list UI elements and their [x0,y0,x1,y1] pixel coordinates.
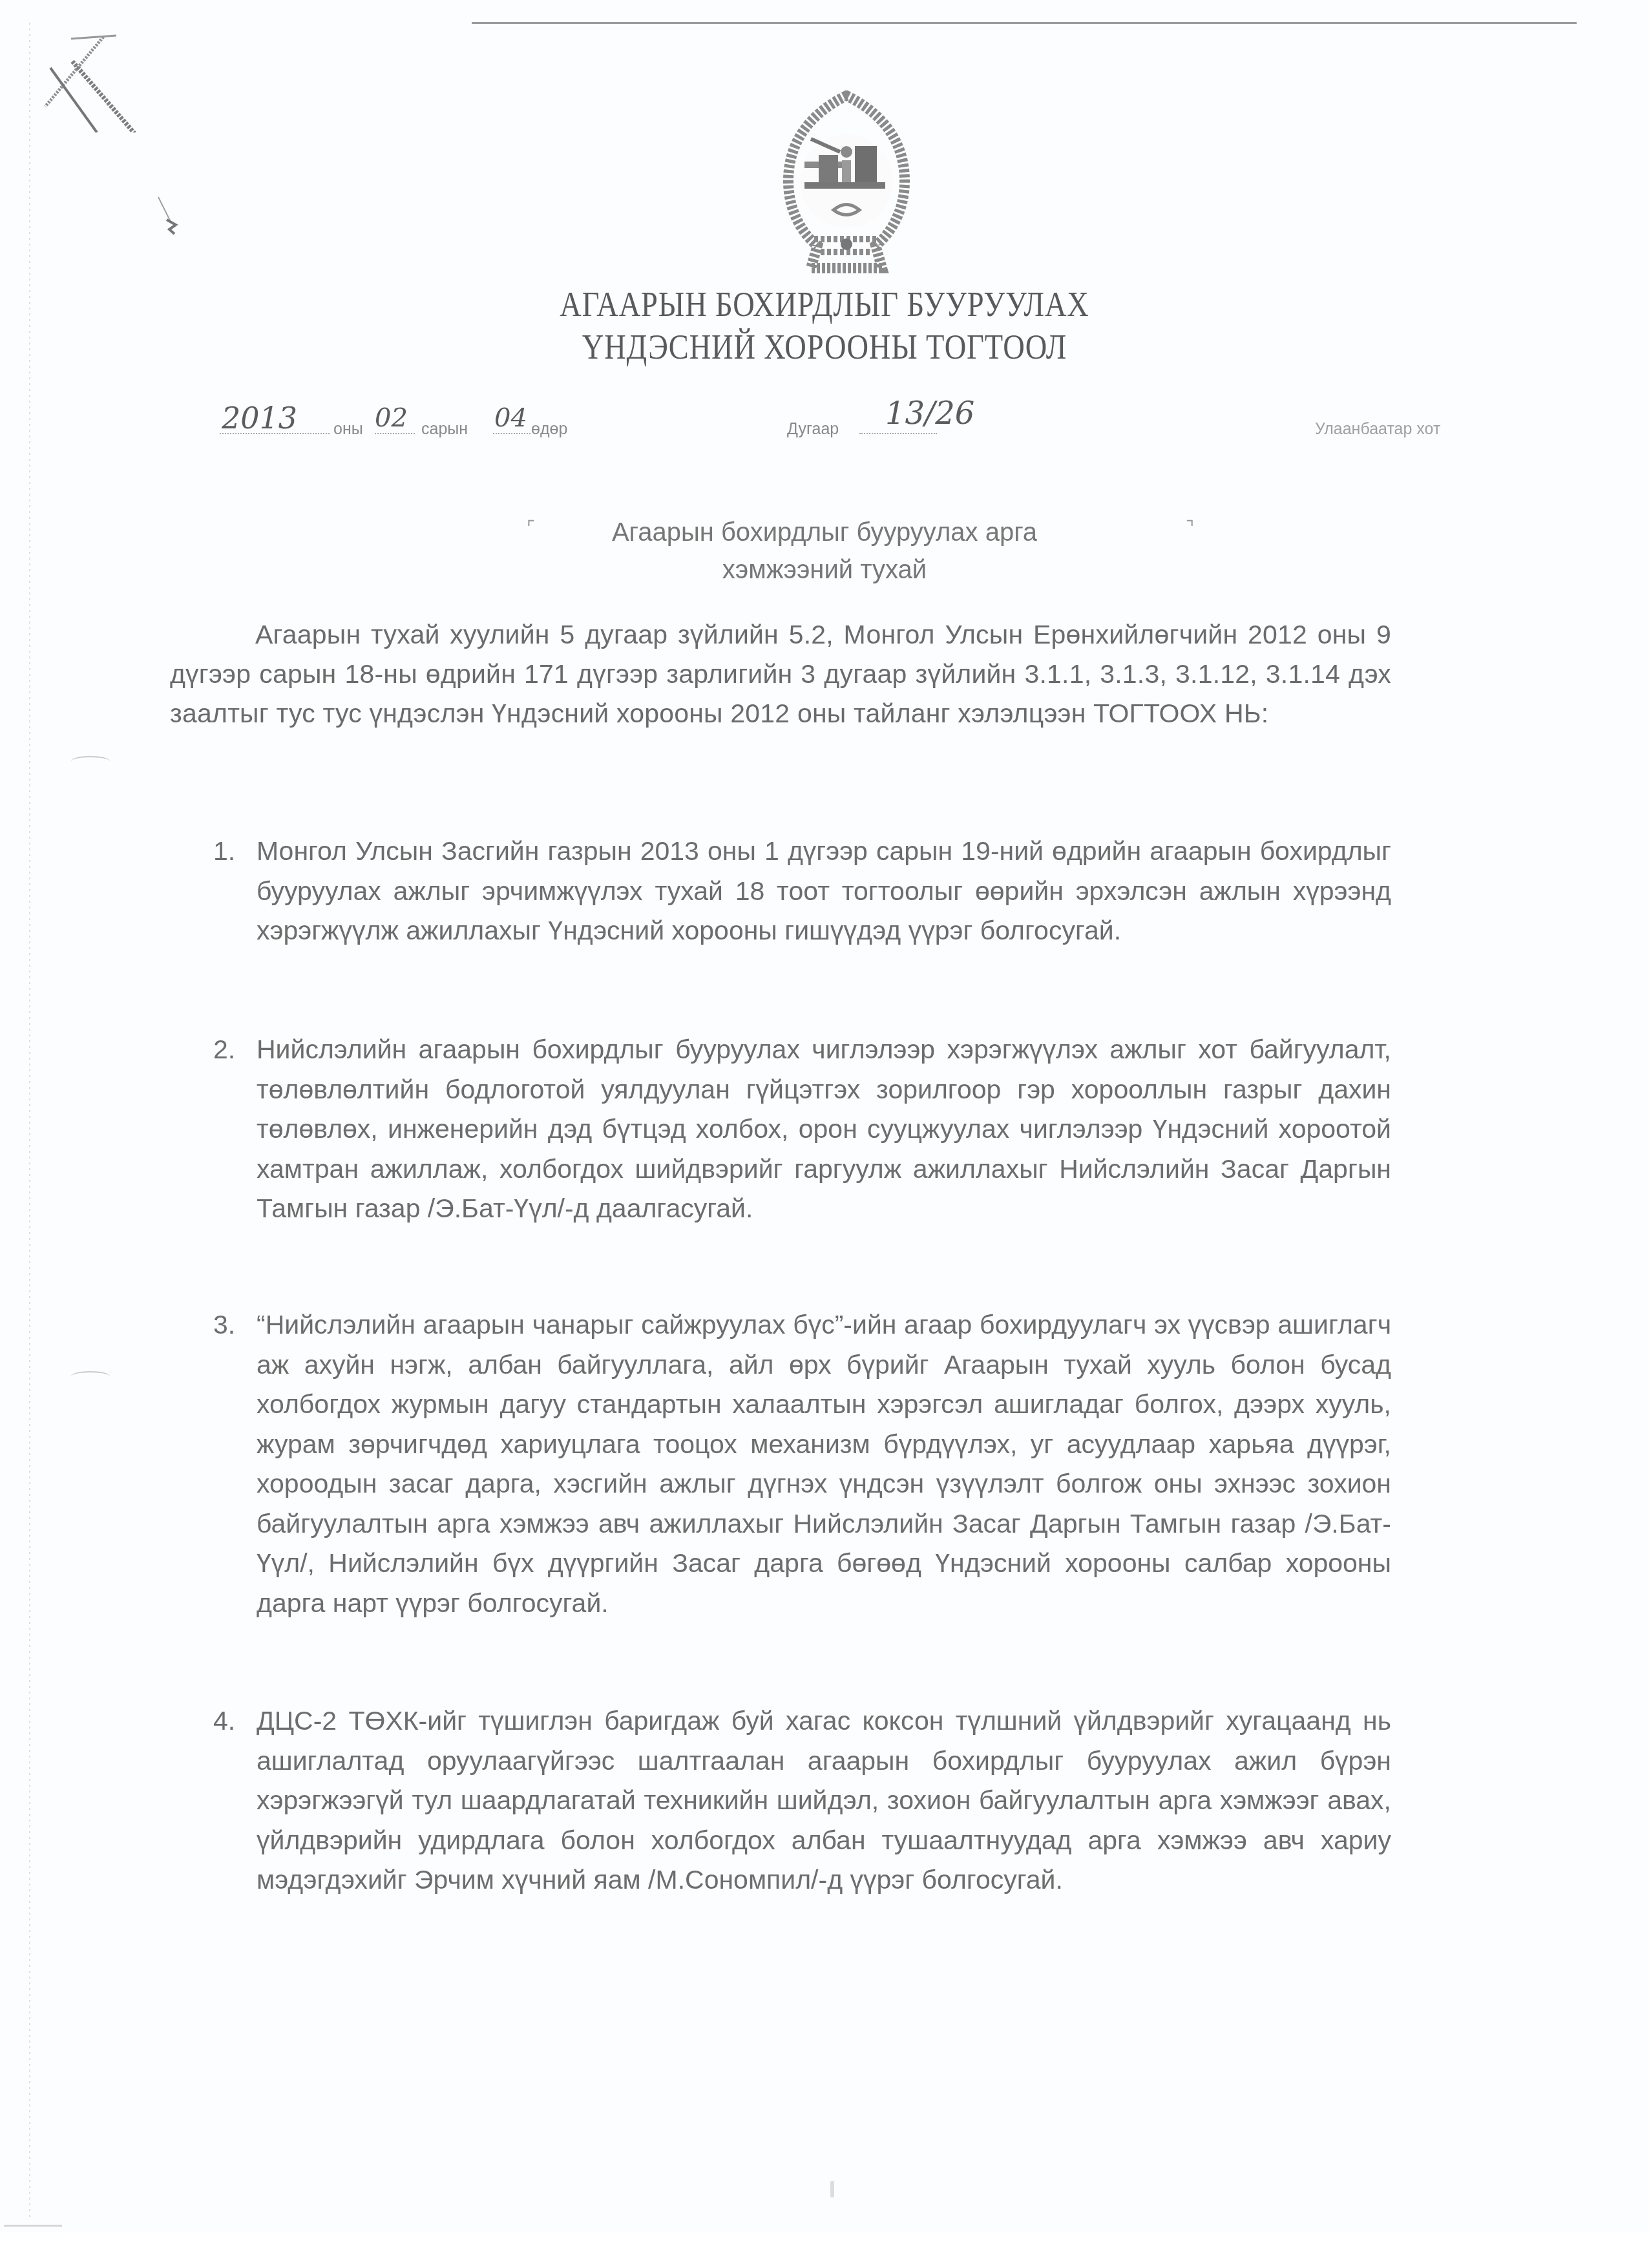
item-number: 3. [213,1305,252,1345]
item-text: Нийслэлийн агаарын бохирдлыг бууруулах ч… [257,1030,1391,1229]
margin-tick-mark-icon [155,194,181,246]
item-number: 4. [213,1701,252,1741]
number-underline [859,433,937,434]
day-handwritten: 04 [494,403,527,433]
punch-hole-arc [71,756,110,766]
place-label: Улаанбаатар хот [1315,420,1440,439]
resolution-item-3: 3. “Нийслэлийн агаарын чанарыг сайжруула… [213,1305,1391,1623]
item-text: Монгол Улсын Засгийн газрын 2013 оны 1 д… [257,832,1391,951]
month-underline [375,433,415,434]
day-label: өдөр [531,420,567,439]
handwritten-x-mark-icon [32,16,136,132]
title-line-1: АГААРЫН БОХИРДЛЫГ БУУРУУЛАХ [116,283,1534,326]
year-label: оны [333,420,363,439]
state-emblem-icon [772,90,921,275]
item-text: ДЦС-2 ТӨХК-ийг түшиглэн баригдаж буй хаг… [257,1701,1391,1900]
year-underline [220,433,330,434]
month-handwritten: 02 [375,403,408,433]
resolution-item-2: 2. Нийслэлийн агаарын бохирдлыг бууруула… [213,1030,1391,1229]
resolution-item-1: 1. Монгол Улсын Засгийн газрын 2013 оны … [213,832,1391,951]
item-number: 1. [213,832,252,872]
item-text: “Нийслэлийн агаарын чанарыг сайжруулах б… [257,1305,1391,1623]
page-bottom-margin [0,2232,1649,2268]
date-number-row: 2013 оны 02 сарын 04 өдөр Дугаар 13/26 У… [0,406,1649,445]
document-title: АГААРЫН БОХИРДЛЫГ БУУРУУЛАХ ҮНДЭСНИЙ ХОР… [0,283,1649,368]
punch-hole-arc [71,1371,110,1381]
item-number: 2. [213,1030,252,1070]
subject-line-1: Агаарын бохирдлыг бууруулах арга [0,514,1649,551]
year-handwritten: 2013 [222,401,297,436]
top-rule-line [472,22,1577,24]
number-handwritten: 13/26 [885,395,974,432]
day-underline [493,433,530,434]
scan-noise-mark [4,2225,62,2227]
title-line-2: ҮНДЭСНИЙ ХОРООНЫ ТОГТООЛ [116,326,1534,368]
subject-line-2: хэмжээний тухай [0,551,1649,589]
subject-heading: Агаарын бохирдлыг бууруулах арга хэмжээн… [0,514,1649,589]
resolution-item-4: 4. ДЦС-2 ТӨХК-ийг түшиглэн баригдаж буй … [213,1701,1391,1900]
month-label: сарын [421,420,468,439]
scan-smudge [830,2181,834,2198]
number-label: Дугаар [787,420,839,439]
preamble-paragraph: Агаарын тухай хуулийн 5 дугаар зүйлийн 5… [170,615,1391,733]
